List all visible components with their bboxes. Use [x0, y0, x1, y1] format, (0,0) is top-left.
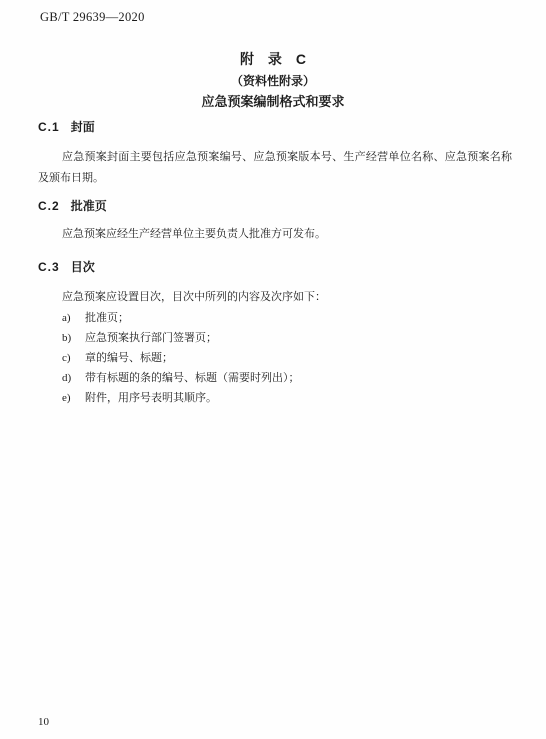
section-c2-paragraph: 应急预案应经生产经营单位主要负责人批准方可发布。 — [38, 224, 512, 245]
section-number: C.2 — [38, 199, 60, 213]
section-title: 批准页 — [71, 199, 107, 213]
list-item-label: a) — [62, 308, 76, 328]
list-item-text: 应急预案执行部门签署页； — [85, 328, 217, 348]
section-number: C.1 — [38, 120, 60, 134]
list-item-text: 批准页； — [85, 308, 129, 328]
toc-requirements-list: a) 批准页； b) 应急预案执行部门签署页； c) 章的编号、标题； d) 带… — [38, 308, 512, 408]
document-page: GB/T 29639—2020 附 录 C （资料性附录） 应急预案编制格式和要… — [0, 0, 546, 739]
list-item-label: c) — [62, 348, 76, 368]
list-item-c: c) 章的编号、标题； — [38, 348, 512, 368]
list-item-label: e) — [62, 388, 76, 408]
page-number: 10 — [38, 716, 49, 728]
list-item-d: d) 带有标题的条的编号、标题（需要时列出）； — [38, 368, 512, 388]
appendix-title: 附 录 C — [0, 52, 546, 67]
section-heading-c1: C.1 封面 — [38, 120, 512, 134]
section-heading-c3: C.3 目次 — [38, 260, 512, 274]
appendix-type-label: （资料性附录） — [0, 75, 546, 88]
section-number: C.3 — [38, 260, 60, 274]
appendix-subject-title: 应急预案编制格式和要求 — [0, 95, 546, 109]
list-item-e: e) 附件，用序号表明其顺序。 — [38, 388, 512, 408]
section-heading-c2: C.2 批准页 — [38, 199, 512, 213]
standard-number-header: GB/T 29639—2020 — [40, 10, 145, 25]
list-item-text: 附件，用序号表明其顺序。 — [85, 388, 217, 408]
list-item-b: b) 应急预案执行部门签署页； — [38, 328, 512, 348]
list-item-a: a) 批准页； — [38, 308, 512, 328]
section-c1-paragraph: 应急预案封面主要包括应急预案编号、应急预案版本号、生产经营单位名称、应急预案名称… — [38, 147, 512, 189]
section-c3-paragraph: 应急预案应设置目次，目次中所列的内容及次序如下： — [38, 287, 512, 308]
section-title: 封面 — [71, 120, 95, 134]
list-item-label: b) — [62, 328, 76, 348]
list-item-text: 带有标题的条的编号、标题（需要时列出）； — [85, 368, 300, 388]
document-body: C.1 封面 应急预案封面主要包括应急预案编号、应急预案版本号、生产经营单位名称… — [38, 120, 512, 408]
section-title: 目次 — [71, 260, 95, 274]
list-item-label: d) — [62, 368, 76, 388]
appendix-title-block: 附 录 C （资料性附录） 应急预案编制格式和要求 — [0, 52, 546, 109]
list-item-text: 章的编号、标题； — [85, 348, 173, 368]
